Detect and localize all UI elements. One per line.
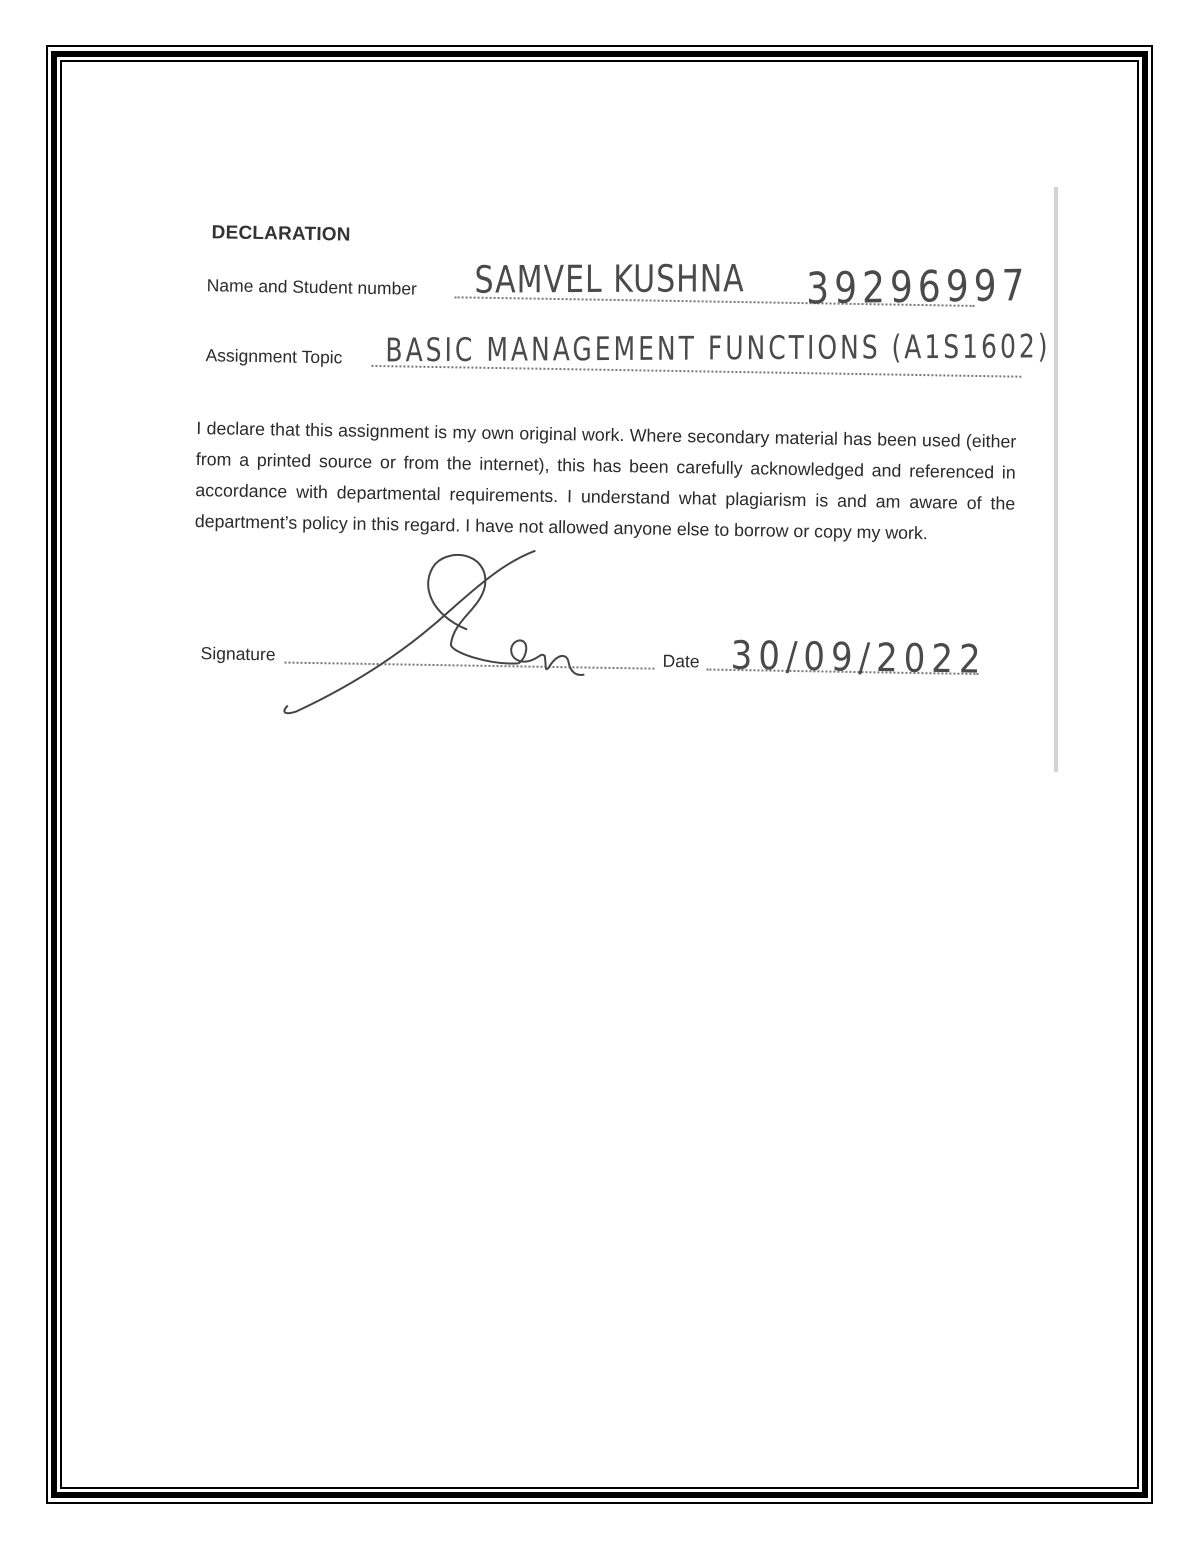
signature-dotted-line — [284, 662, 654, 670]
date-field-label: Date — [662, 651, 699, 673]
declaration-statement: I declare that this assignment is my own… — [195, 413, 1017, 551]
handwritten-student-number: 39296997 — [806, 262, 1030, 315]
declaration-heading: DECLARATION — [211, 222, 350, 246]
name-field: Name and Student number SAMVEL KUSHNA 39… — [206, 262, 1027, 316]
declaration-scan: DECLARATION Name and Student number SAMV… — [187, 210, 1036, 744]
topic-field-label: Assignment Topic — [205, 345, 342, 368]
signature-field: Signature Date 30/09/2022 — [200, 630, 1021, 684]
handwritten-date: 30/09/2022 — [730, 633, 987, 683]
handwritten-name: SAMVEL KUSHNA — [475, 257, 745, 302]
handwritten-topic: BASIC MANAGEMENT FUNCTIONS (A1S1602) — [385, 327, 1050, 369]
scan-edge-line — [1054, 187, 1058, 772]
name-field-label: Name and Student number — [207, 275, 417, 299]
topic-field: Assignment Topic BASIC MANAGEMENT FUNCTI… — [205, 332, 1026, 386]
signature-field-label: Signature — [200, 643, 275, 665]
